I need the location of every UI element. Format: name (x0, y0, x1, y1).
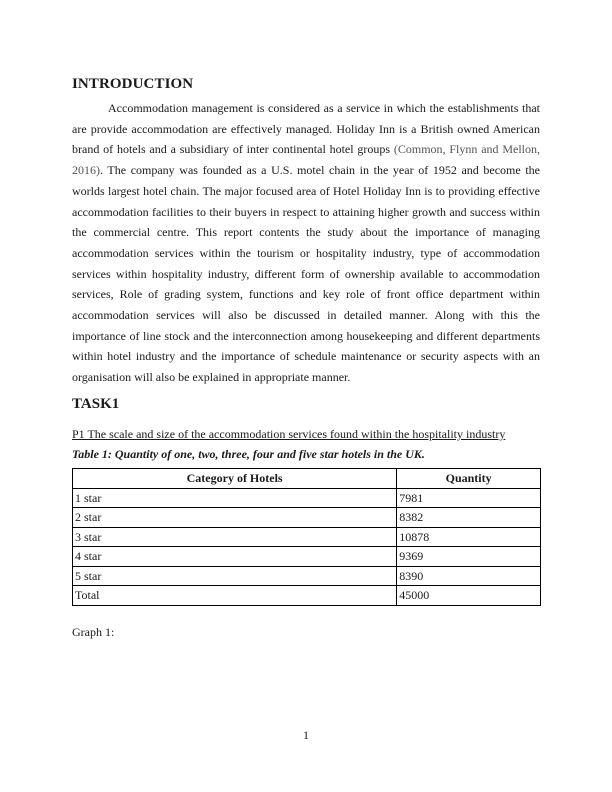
cell-quantity: 8390 (397, 566, 541, 586)
table-caption: Table 1: Quantity of one, two, three, fo… (72, 447, 425, 462)
introduction-paragraph: Accommodation management is considered a… (72, 98, 540, 388)
cell-category: 1 star (73, 488, 397, 508)
cell-quantity: 8382 (397, 508, 541, 528)
cell-category: Total (73, 586, 397, 606)
cell-quantity: 45000 (397, 586, 541, 606)
cell-quantity: 7981 (397, 488, 541, 508)
header-category: Category of Hotels (73, 469, 397, 489)
cell-category: 5 star (73, 566, 397, 586)
table-row: 3 star 10878 (73, 527, 541, 547)
table-row: 1 star 7981 (73, 488, 541, 508)
hotel-quantity-table: Category of Hotels Quantity 1 star 7981 … (72, 468, 541, 606)
table-row-total: Total 45000 (73, 586, 541, 606)
header-quantity: Quantity (397, 469, 541, 489)
cell-quantity: 9369 (397, 547, 541, 567)
task1-subheading: P1 The scale and size of the accommodati… (72, 427, 505, 442)
table-row: 5 star 8390 (73, 566, 541, 586)
introduction-text-part-2: . The company was founded as a U.S. mote… (72, 163, 540, 384)
cell-category: 3 star (73, 527, 397, 547)
document-page: INTRODUCTION Accommodation management is… (0, 0, 612, 792)
cell-category: 2 star (73, 508, 397, 528)
cell-quantity: 10878 (397, 527, 541, 547)
page-number: 1 (0, 728, 612, 743)
table-header-row: Category of Hotels Quantity (73, 469, 541, 489)
introduction-heading: INTRODUCTION (72, 76, 193, 93)
table-row: 2 star 8382 (73, 508, 541, 528)
cell-category: 4 star (73, 547, 397, 567)
graph-label: Graph 1: (72, 625, 114, 640)
task1-heading: TASK1 (72, 396, 119, 413)
table-row: 4 star 9369 (73, 547, 541, 567)
